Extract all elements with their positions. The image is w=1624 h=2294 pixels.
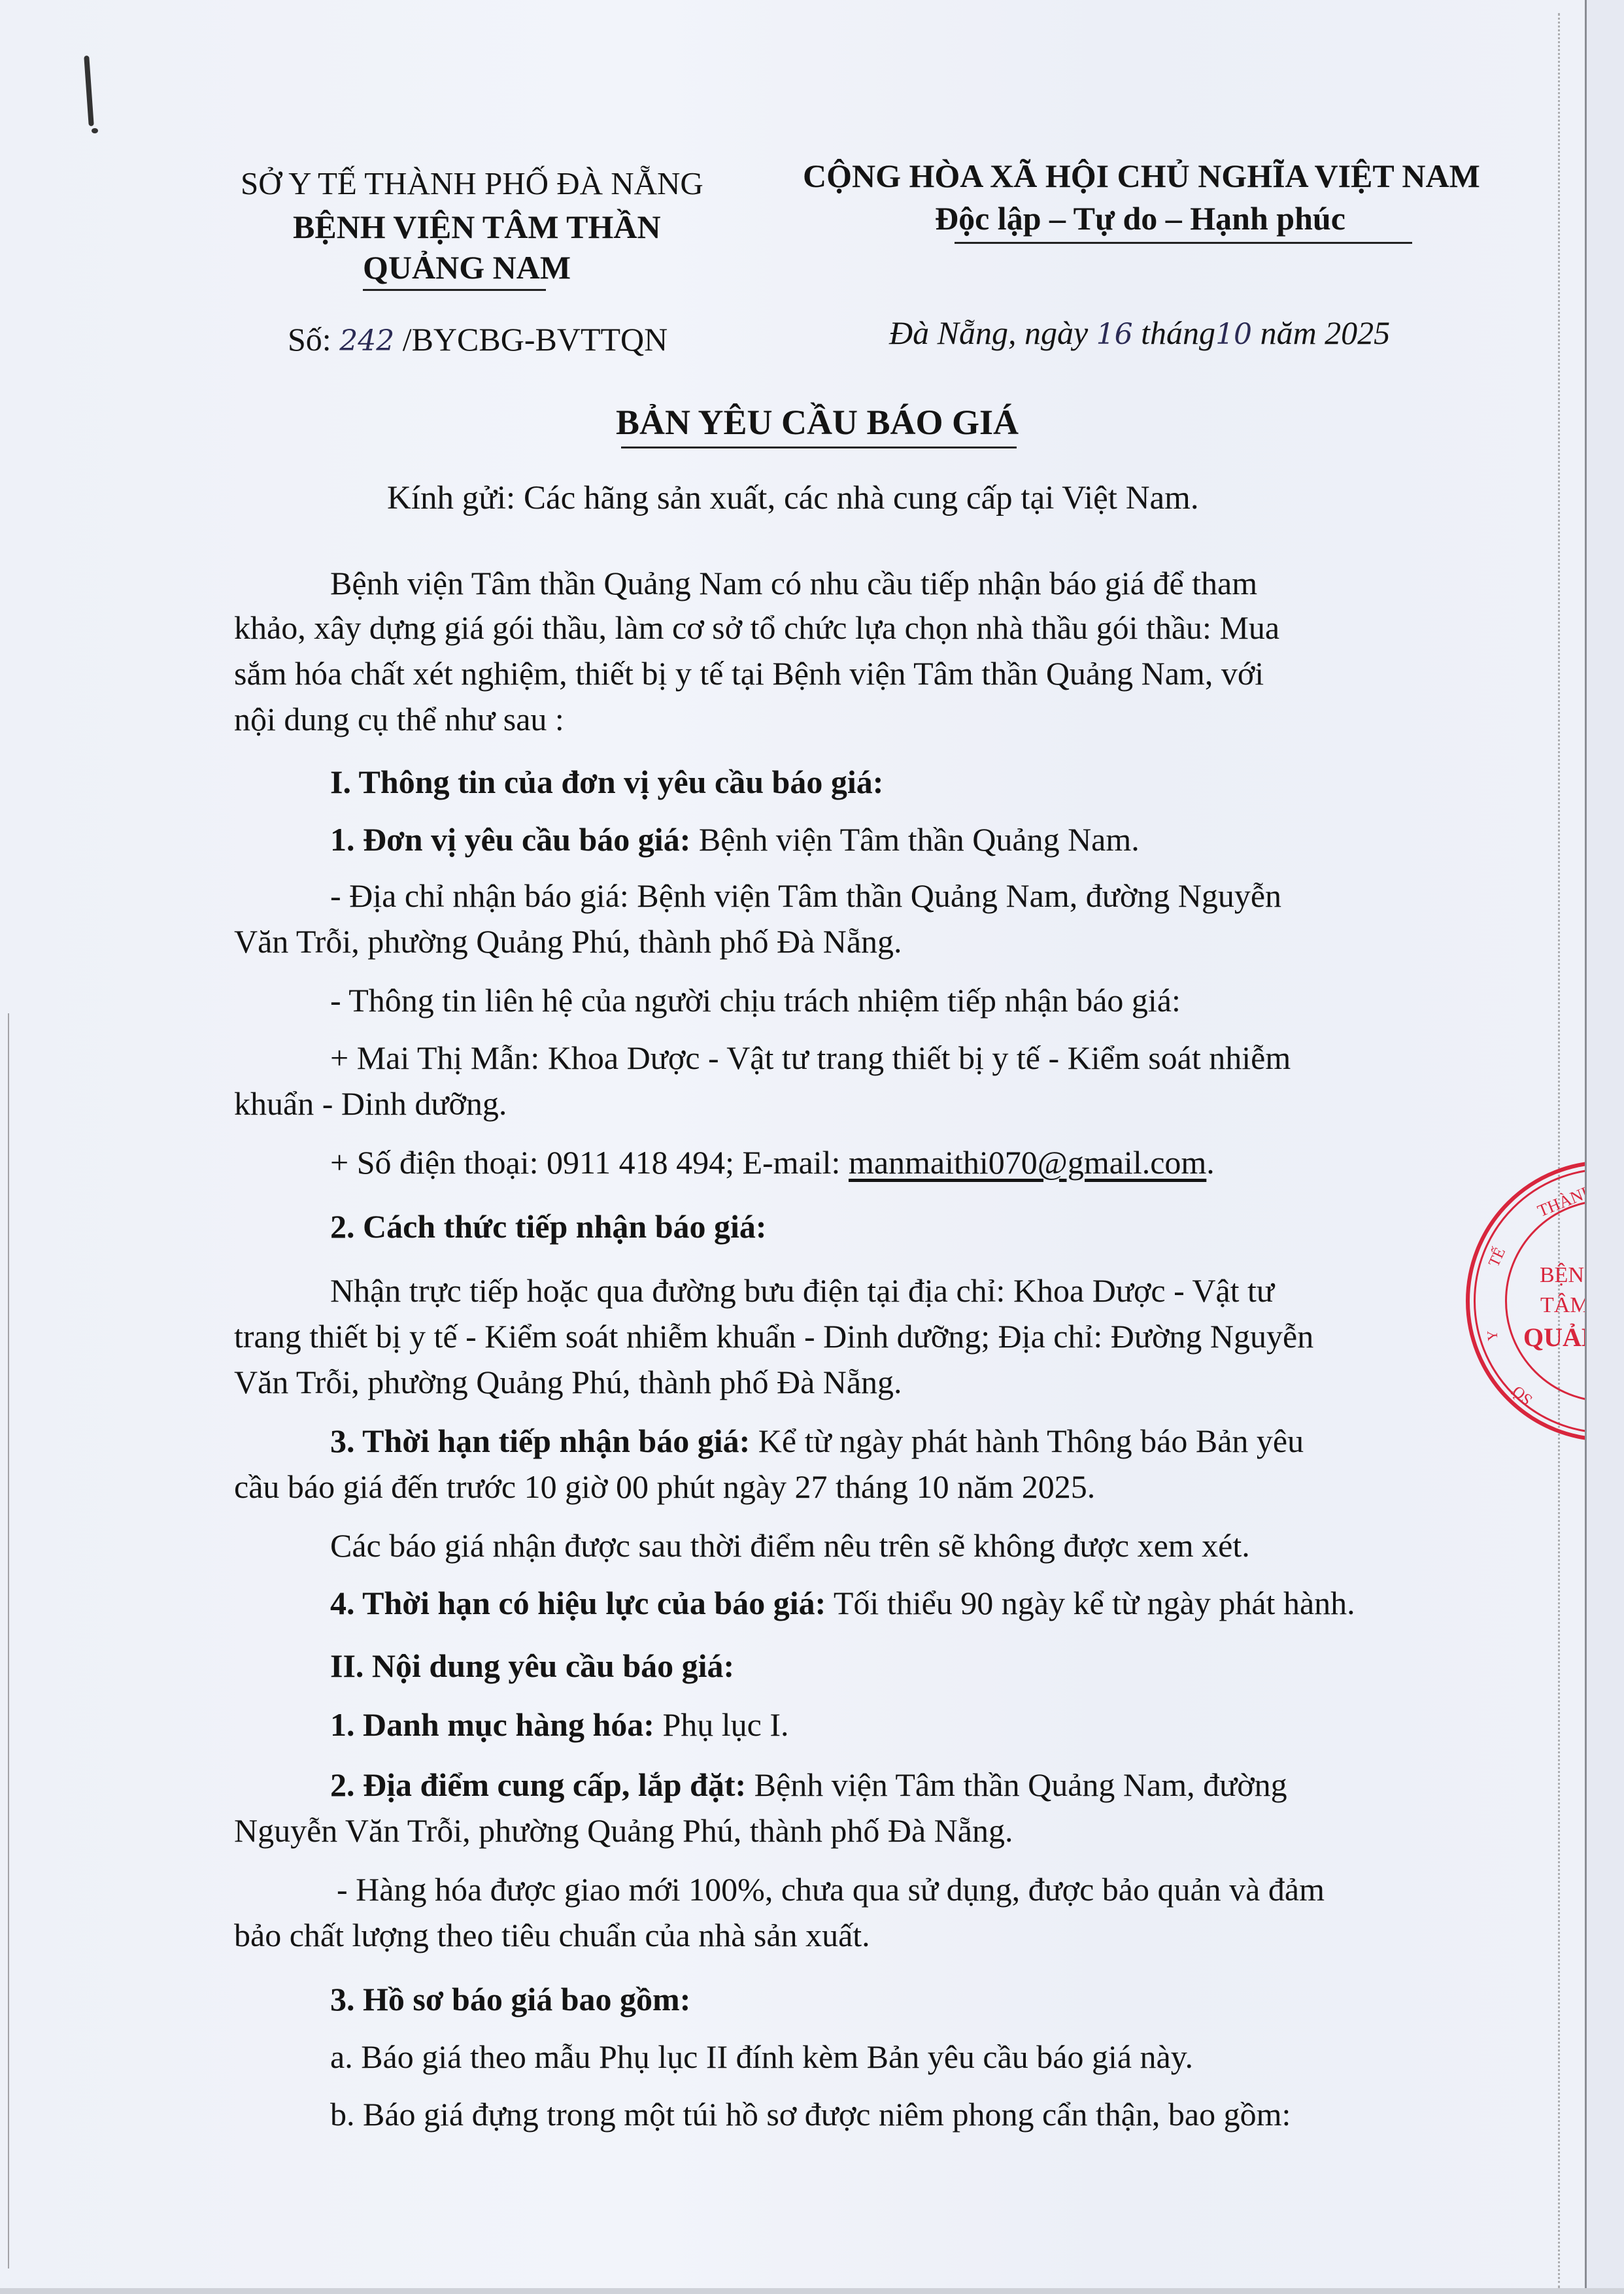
contact-email-link[interactable]: manmaithi070@gmail.com <box>849 1144 1206 1181</box>
section-1-heading: I. Thông tin của đơn vị yêu cầu báo giá: <box>330 760 883 804</box>
stamp-center-line3: QUẢNG <box>1523 1322 1585 1353</box>
stamp-center-line1: BỆNH V <box>1540 1263 1585 1288</box>
date-month-label: tháng <box>1141 314 1215 351</box>
section-2-item-3-heading: 3. Hồ sơ báo giá bao gồm: <box>330 1977 690 2021</box>
item-label: 2. Địa điểm cung cấp, lắp đặt: <box>330 1766 746 1803</box>
goods-line-1: - Hàng hóa được giao mới 100%, chưa qua … <box>337 1867 1325 1912</box>
document-number: Số: 242 /BYCBG-BVTTQN <box>288 320 668 358</box>
contact-phone: + Số điện thoại: 0911 418 494; E-mail: <box>330 1144 849 1181</box>
contact-person-line-1: + Mai Thị Mẫn: Khoa Dược - Vật tư trang … <box>330 1036 1291 1080</box>
section-2-item-1: 1. Danh mục hàng hóa: Phụ lục I. <box>330 1702 789 1747</box>
section-2-item-3-b: b. Báo giá đựng trong một túi hồ sơ được… <box>330 2092 1291 2136</box>
stamp-arc-left2: Y <box>1483 1330 1501 1341</box>
section-1-item-3-note: Các báo giá nhận được sau thời điểm nêu … <box>330 1523 1250 1568</box>
section-1-item-2-heading: 2. Cách thức tiếp nhận báo giá: <box>330 1204 767 1249</box>
page-right-edge <box>1585 0 1624 2294</box>
item-value: Bệnh viện Tâm thần Quảng Nam. <box>690 821 1139 858</box>
date-month-handwritten: 10 <box>1215 318 1252 351</box>
recipient-line: Kính gửi: Các hãng sản xuất, các nhà cun… <box>387 476 1199 520</box>
official-stamp: THÀNH TẾ Y SỞ BỆNH V TÂM TI QUẢNG ★ <box>1453 1151 1585 1451</box>
item-value: Bệnh viện Tâm thần Quảng Nam, đường <box>746 1766 1287 1803</box>
address-line-2: Văn Trỗi, phường Quảng Phú, thành phố Đà… <box>234 919 902 964</box>
intro-line-2: khảo, xây dựng giá gói thầu, làm cơ sở t… <box>234 605 1279 650</box>
section-2-item-2: 2. Địa điểm cung cấp, lắp đặt: Bệnh viện… <box>330 1763 1287 1807</box>
section-2-item-3-a: a. Báo giá theo mẫu Phụ lục II đính kèm … <box>330 2034 1193 2079</box>
item-label: 1. Đơn vị yêu cầu báo giá: <box>330 821 690 858</box>
section-1-item-3-line-2: cầu báo giá đến trước 10 giờ 00 phút ngà… <box>234 1464 1095 1509</box>
scan-edge-line <box>8 1013 9 2269</box>
section-1-item-2-line-2: trang thiết bị y tế - Kiểm soát nhiễm kh… <box>234 1314 1313 1358</box>
item-label: 3. Thời hạn tiếp nhận báo giá: <box>330 1423 750 1459</box>
section-1-item-3: 3. Thời hạn tiếp nhận báo giá: Kể từ ngà… <box>330 1419 1304 1463</box>
national-motto: Độc lập – Tự do – Hạnh phúc <box>935 199 1345 237</box>
goods-line-2: bảo chất lượng theo tiêu chuẩn của nhà s… <box>234 1913 870 1957</box>
section-1-item-2-line-3: Văn Trỗi, phường Quảng Phú, thành phố Đà… <box>234 1360 902 1404</box>
document-title: BẢN YÊU CẦU BÁO GIÁ <box>425 402 1210 443</box>
section-2-item-2-line-2: Nguyễn Văn Trỗi, phường Quảng Phú, thành… <box>234 1808 1013 1853</box>
address-line-1: - Địa chỉ nhận báo giá: Bệnh viện Tâm th… <box>330 873 1281 918</box>
section-1-item-1: 1. Đơn vị yêu cầu báo giá: Bệnh viện Tâm… <box>330 817 1140 862</box>
hospital-name-line2: QUẢNG NAM <box>363 248 571 286</box>
document-title-underline <box>621 447 1017 448</box>
staple-dot-icon <box>92 128 98 133</box>
doc-number-prefix: Số: <box>288 321 331 358</box>
page-bottom-edge <box>0 2288 1624 2294</box>
intro-line-4: nội dung cụ thể như sau : <box>234 697 564 741</box>
doc-number-handwritten: 242 <box>339 324 394 358</box>
date-prefix: Đà Nẵng, ngày <box>889 314 1088 351</box>
intro-line-1: Bệnh viện Tâm thần Quảng Nam có nhu cầu … <box>330 561 1257 605</box>
document-date: Đà Nẵng, ngày 16 tháng10 năm 2025 <box>889 314 1390 352</box>
item-value: Phụ lục I. <box>654 1706 789 1743</box>
date-day-handwritten: 16 <box>1096 318 1133 351</box>
stamp-center-line2: TÂM TI <box>1540 1293 1585 1318</box>
section-1-item-2-line-1: Nhận trực tiếp hoặc qua đường bưu điện t… <box>330 1268 1274 1313</box>
contact-email-end: . <box>1206 1144 1215 1181</box>
hospital-name-line1: BỆNH VIỆN TÂM THẦN <box>293 208 661 246</box>
contact-person-line-2: khuẩn - Dinh dưỡng. <box>234 1081 507 1126</box>
hospital-name-underline <box>363 289 546 291</box>
section-1-item-4: 4. Thời hạn có hiệu lực của báo giá: Tối… <box>330 1581 1355 1625</box>
national-title: CỘNG HÒA XÃ HỘI CHỦ NGHĨA VIỆT NAM <box>803 157 1480 195</box>
contact-intro: - Thông tin liên hệ của người chịu trách… <box>330 978 1181 1022</box>
section-2-heading: II. Nội dung yêu cầu báo giá: <box>330 1644 734 1688</box>
doc-number-suffix: /BYCBG-BVTTQN <box>403 321 668 358</box>
national-motto-underline <box>955 242 1412 244</box>
date-year: năm 2025 <box>1260 314 1391 351</box>
issuing-authority: SỞ Y TẾ THÀNH PHỐ ĐÀ NẴNG <box>241 165 703 202</box>
intro-line-3: sắm hóa chất xét nghiệm, thiết bị y tế t… <box>234 651 1264 696</box>
contact-phone-email: + Số điện thoại: 0911 418 494; E-mail: m… <box>330 1140 1215 1185</box>
item-value: Kể từ ngày phát hành Thông báo Bản yêu <box>750 1423 1304 1459</box>
item-label: 1. Danh mục hàng hóa: <box>330 1706 654 1743</box>
item-value: Tối thiểu 90 ngày kể từ ngày phát hành. <box>826 1585 1355 1621</box>
item-label: 4. Thời hạn có hiệu lực của báo giá: <box>330 1585 826 1621</box>
